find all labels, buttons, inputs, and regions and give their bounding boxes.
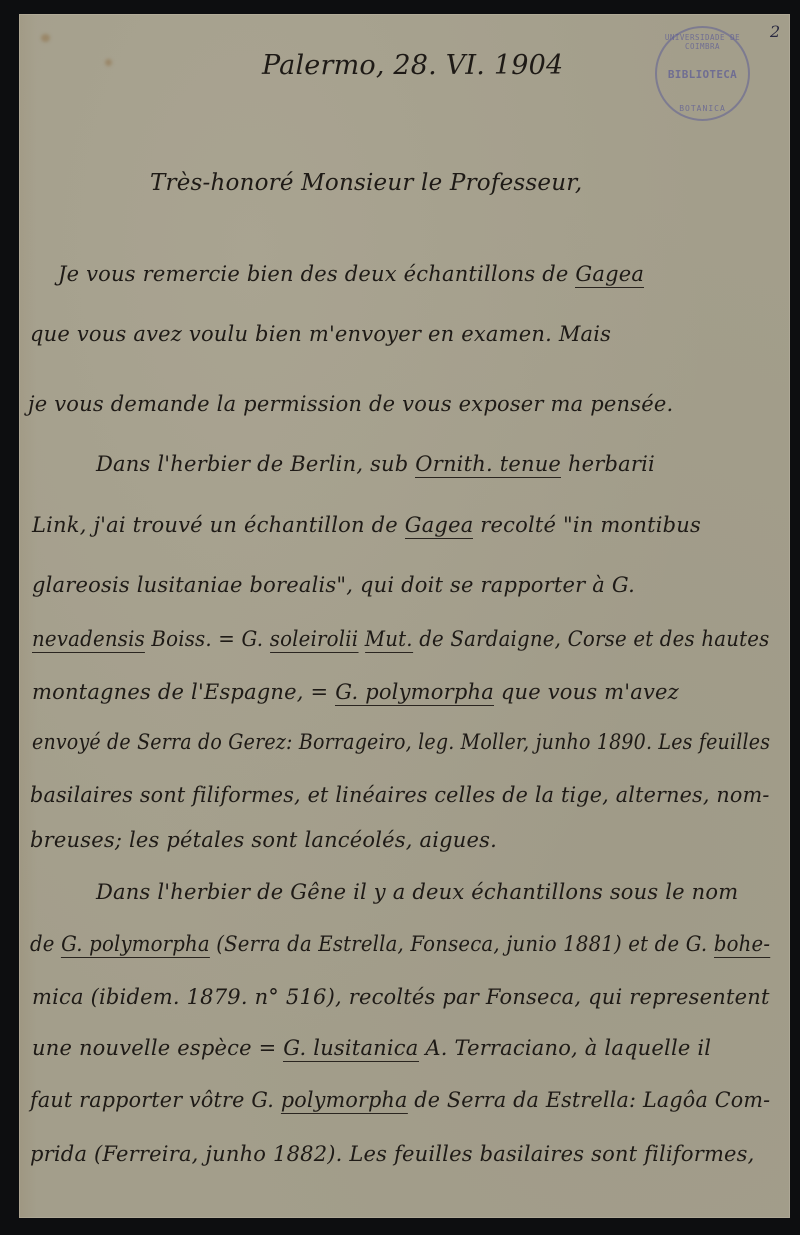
line-text: (Serra da Estrella, Fonseca, junio 1881)… <box>210 932 714 956</box>
line-text: recolté "in montibus <box>473 513 701 537</box>
library-stamp: UNIVERSIDADE DE COIMBRA BIBLIOTECA BOTAN… <box>655 26 750 121</box>
stamp-center: BIBLIOTECA <box>657 68 748 81</box>
line-text: une nouvelle espèce = <box>32 1036 283 1060</box>
line-text: Dans l'herbier de Gêne il y a deux échan… <box>96 880 738 904</box>
letter-line: une nouvelle espèce = G. lusitanica A. T… <box>32 1036 711 1060</box>
foxing-spot <box>41 34 50 42</box>
underlined-term: Gagea <box>405 513 474 539</box>
foxing-spot <box>105 59 112 66</box>
underlined-term: G. polymorpha <box>335 680 494 706</box>
underlined-term: soleirolii <box>270 627 359 653</box>
letter-line: Je vous remercie bien des deux échantill… <box>58 262 644 286</box>
underlined-term: Mut. <box>365 627 413 653</box>
letter-line: montagnes de l'Espagne, = G. polymorpha … <box>32 680 679 704</box>
line-text <box>358 627 364 651</box>
line-text: que vous m'avez <box>494 680 679 704</box>
line-text: montagnes de l'Espagne, = <box>32 680 335 704</box>
line-text: A. Terraciano, à laquelle il <box>419 1036 712 1060</box>
line-text: Je vous remercie bien des deux échantill… <box>58 262 575 286</box>
scan-frame: 2 UNIVERSIDADE DE COIMBRA BIBLIOTECA BOT… <box>0 0 800 1235</box>
letter-line: faut rapporter vôtre G. polymorpha de Se… <box>30 1088 770 1112</box>
line-text: breuses; les pétales sont lancéolés, aig… <box>30 828 497 852</box>
letter-line: breuses; les pétales sont lancéolés, aig… <box>30 828 497 852</box>
underlined-term: bohe- <box>714 932 770 958</box>
letter-line: basilaires sont filiformes, et linéaires… <box>30 783 770 807</box>
letter-line: je vous demande la permission de vous ex… <box>28 392 673 416</box>
letter-line: nevadensis Boiss. = G. soleirolii Mut. d… <box>32 627 769 651</box>
letter-line: de G. polymorpha (Serra da Estrella, Fon… <box>30 932 770 956</box>
salutation: Très-honoré Monsieur le Professeur, <box>150 170 582 196</box>
underlined-term: nevadensis <box>32 627 145 653</box>
page-number: 2 <box>770 22 780 41</box>
line-text: basilaires sont filiformes, et linéaires… <box>30 783 770 807</box>
underlined-term: Gagea <box>575 262 644 288</box>
line-text: mica (ibidem. 1879. n° 516), recoltés pa… <box>32 985 770 1009</box>
dateline: Palermo, 28. VI. 1904 <box>262 50 563 81</box>
line-text: je vous demande la permission de vous ex… <box>28 392 673 416</box>
underlined-term: polymorpha <box>281 1088 408 1114</box>
line-text: de <box>30 932 61 956</box>
letter-line: prida (Ferreira, junho 1882). Les feuill… <box>30 1142 755 1166</box>
line-text: prida (Ferreira, junho 1882). Les feuill… <box>30 1142 755 1166</box>
letter-line: Dans l'herbier de Gêne il y a deux échan… <box>96 880 738 904</box>
underlined-term: G. polymorpha <box>61 932 210 958</box>
line-text: glareosis lusitaniae borealis", qui doit… <box>32 573 635 597</box>
line-text: Link, j'ai trouvé un échantillon de <box>32 513 405 537</box>
letter-line: Dans l'herbier de Berlin, sub Ornith. te… <box>96 452 655 476</box>
stamp-ring-top: UNIVERSIDADE DE COIMBRA <box>657 33 748 51</box>
stamp-ring-bottom: BOTANICA <box>657 104 748 113</box>
line-text: de Serra da Estrella: Lagôa Com- <box>408 1088 771 1112</box>
letter-line: envoyé de Serra do Gerez: Borrageiro, le… <box>32 730 770 754</box>
letter-line: Link, j'ai trouvé un échantillon de Gage… <box>32 513 701 537</box>
line-text: herbarii <box>561 452 655 476</box>
letter-line: glareosis lusitaniae borealis", qui doit… <box>32 573 635 597</box>
underlined-term: G. lusitanica <box>283 1036 418 1062</box>
line-text: Boiss. = G. <box>145 627 270 651</box>
letter-line: que vous avez voulu bien m'envoyer en ex… <box>30 322 611 346</box>
underlined-term: Ornith. tenue <box>415 452 561 478</box>
letter-line: mica (ibidem. 1879. n° 516), recoltés pa… <box>32 985 770 1009</box>
line-text: faut rapporter vôtre G. <box>30 1088 281 1112</box>
line-text: de Sardaigne, Corse et des hautes <box>413 627 770 651</box>
line-text: Dans l'herbier de Berlin, sub <box>96 452 415 476</box>
line-text: que vous avez voulu bien m'envoyer en ex… <box>30 322 611 346</box>
line-text: envoyé de Serra do Gerez: Borrageiro, le… <box>32 730 770 754</box>
